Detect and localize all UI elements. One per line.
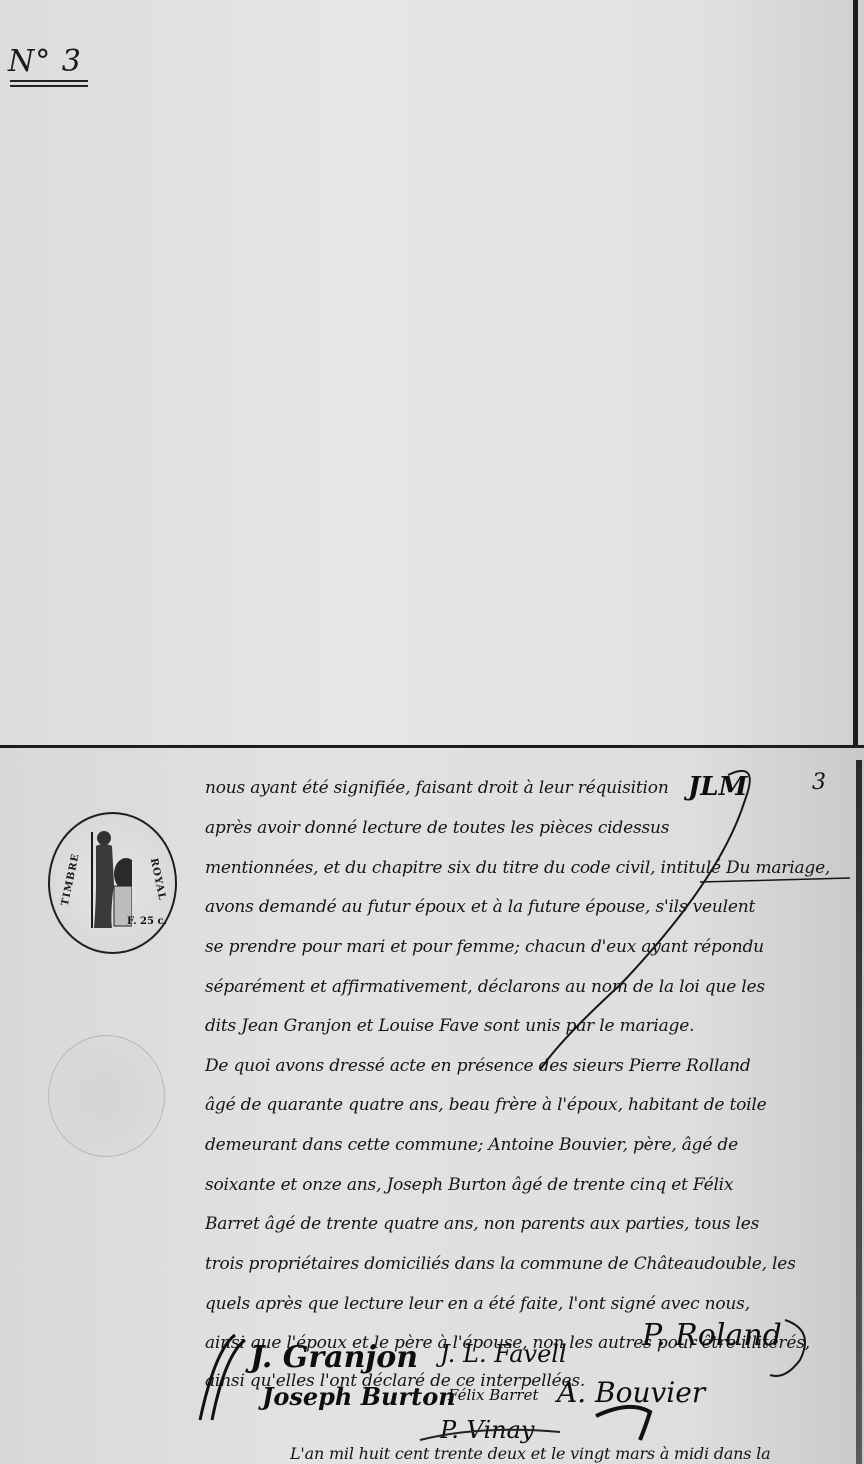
next-entry-text: L'an mil huit cent trente deux et le vin… <box>290 1444 770 1463</box>
next-entry: L'an mil huit cent trente deux et le vin… <box>0 0 864 1464</box>
page-edge <box>856 760 862 1464</box>
